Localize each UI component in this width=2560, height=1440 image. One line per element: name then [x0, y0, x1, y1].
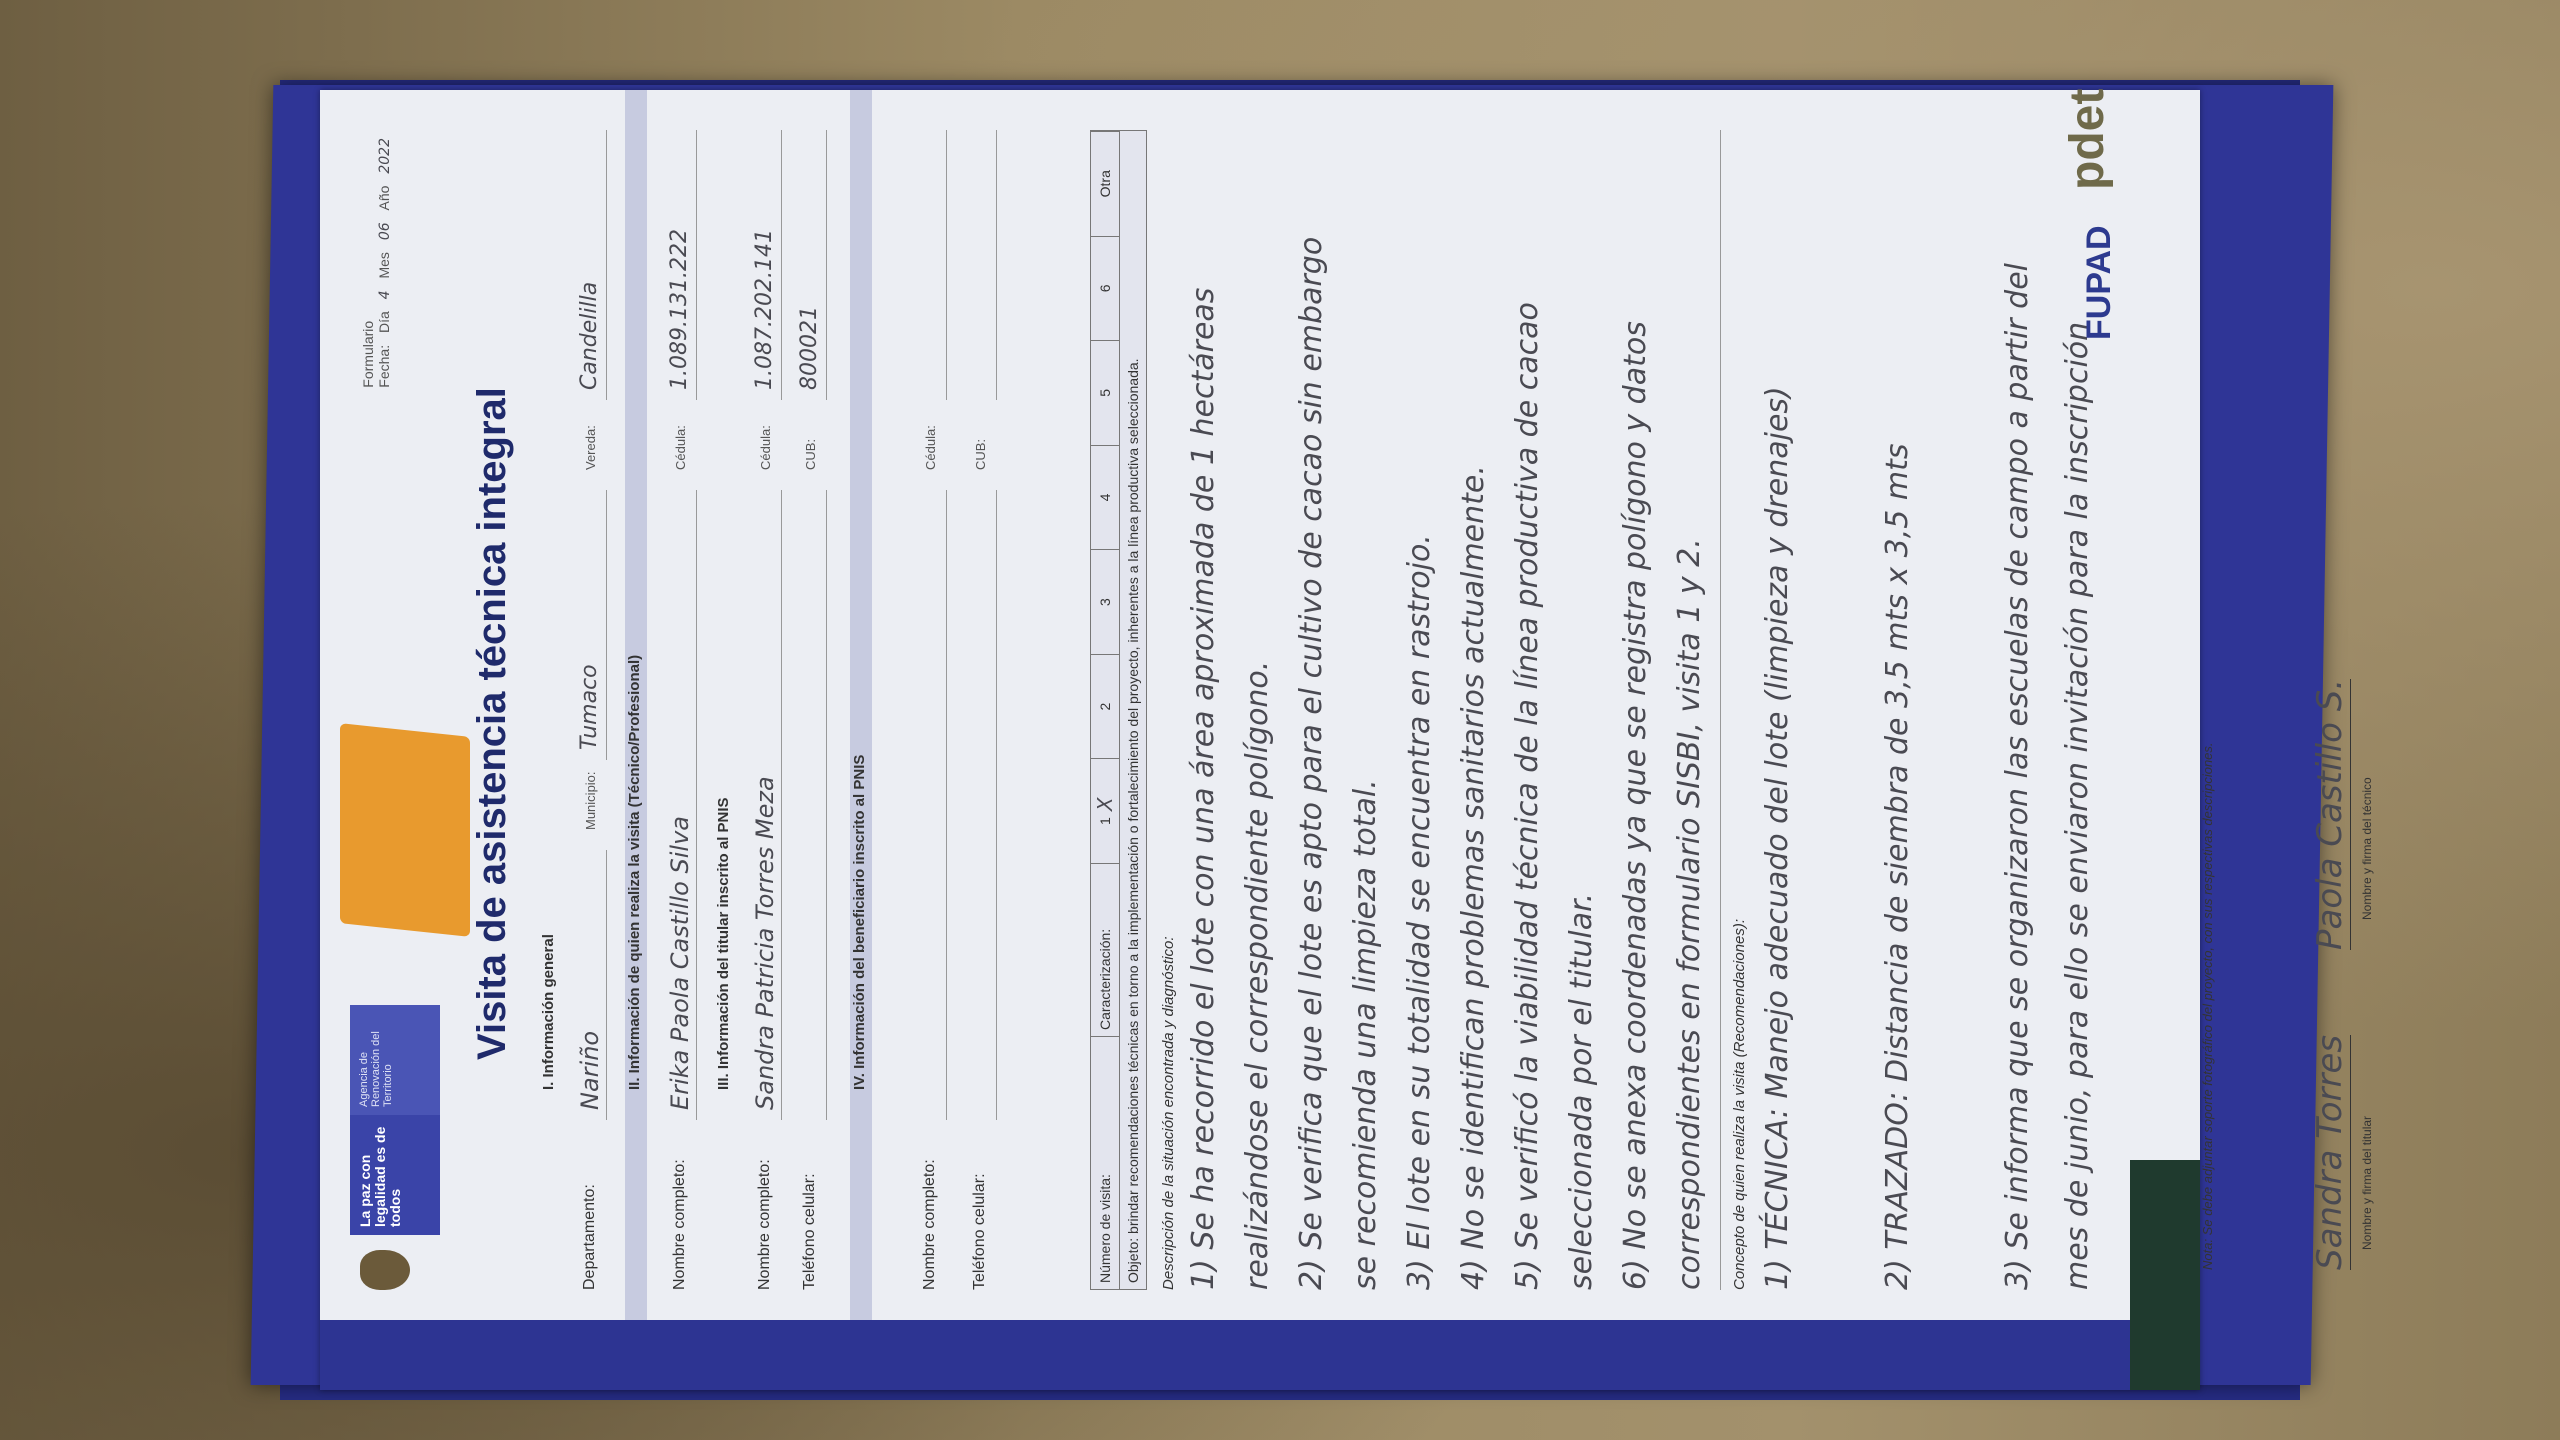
- section-general: I. Información general: [540, 934, 557, 1090]
- visitor-name-label: Nombre completo:: [671, 1120, 689, 1290]
- visit-option[interactable]: 3: [1091, 549, 1119, 654]
- row-location: Departamento: Nariño Municipio: Tumaco V…: [570, 130, 610, 1290]
- beneficiary-name-field[interactable]: [914, 490, 947, 1120]
- handwritten-line: 1) Se ha recorrido el lote con una área …: [1177, 130, 1231, 1290]
- characterization-label: Caracterización:: [1091, 863, 1119, 1036]
- row-holder-name: Nombre completo: Sandra Patricia Torres …: [745, 130, 785, 1290]
- visit-option[interactable]: 6: [1091, 236, 1119, 341]
- page-green-edge: [2130, 1160, 2200, 1390]
- description-caption: Descripción de la situación encontrada y…: [1160, 130, 1177, 1290]
- technician-signature: Paola Castillo S.: [2310, 679, 2351, 950]
- handwritten-line: 4) No se identifican problemas sanitario…: [1447, 130, 1501, 1290]
- beneficiary-name-label: Nombre completo:: [921, 1120, 939, 1290]
- check-mark-icon: X: [1093, 797, 1117, 811]
- handwritten-line: seleccionada por el titular.: [1555, 130, 1609, 1290]
- form-page: La paz con legalidad es de todos Agencia…: [320, 90, 2200, 1390]
- holder-signature: Sandra Torres: [2310, 1035, 2351, 1270]
- visit-option[interactable]: 1X: [1091, 758, 1119, 863]
- handwritten-line: [1808, 130, 1868, 1290]
- date-label: Fecha:: [376, 345, 392, 388]
- visit-options: 1X23456Otra: [1091, 131, 1119, 863]
- holder-name-label: Nombre completo:: [756, 1120, 774, 1290]
- visit-option[interactable]: 2: [1091, 654, 1119, 759]
- day-value: 4: [377, 290, 393, 299]
- slogan-badge: La paz con legalidad es de todos: [350, 1115, 440, 1235]
- section-beneficiary: IV. Información del beneficiario inscrit…: [851, 755, 868, 1090]
- handwritten-line: correspondientes en formulario SISBI, vi…: [1663, 130, 1717, 1290]
- footer-note: Nota: Se debe adjuntar soporte fotográfi…: [2200, 742, 2215, 1270]
- page-blue-edge: [320, 1320, 2200, 1390]
- technician-signature-label: Nombre y firma del técnico: [2360, 777, 2374, 920]
- visitor-name-field[interactable]: Erika Paola Castillo Silva: [664, 490, 697, 1120]
- visit-table: Número de visita: Caracterización: 1X234…: [1090, 130, 1147, 1290]
- form-title: Visita de asistencia técnica integral: [470, 387, 515, 1060]
- vereda-field[interactable]: Candelilla: [574, 130, 607, 400]
- concept-caption: Concepto de quien realiza la visita (Rec…: [1731, 130, 1748, 1290]
- month-label: Mes: [376, 252, 392, 278]
- holder-cub-label: CUB:: [803, 400, 818, 470]
- colombia-crest-icon: [360, 1250, 410, 1290]
- year-value: 2022: [377, 138, 393, 174]
- fupad-logo: FUPAD: [2080, 225, 2119, 340]
- row-beneficiary-phone: Teléfono celular: CUB:: [960, 130, 1000, 1290]
- visit-option[interactable]: 5: [1091, 340, 1119, 445]
- agency-badge: Agencia de Renovación del Territorio: [350, 1005, 440, 1115]
- holder-cub-field[interactable]: 800021: [794, 130, 827, 400]
- holder-phone-label: Teléfono celular:: [801, 1120, 819, 1290]
- handwritten-line: 3) Se informa que se organizaron las esc…: [1988, 130, 2048, 1290]
- holder-phone-field[interactable]: [794, 490, 827, 1120]
- program-logo: [340, 723, 470, 937]
- handwritten-line: 5) Se verificó la viabilidad técnica de …: [1501, 130, 1555, 1290]
- holder-id-field[interactable]: 1.087.202.141: [749, 130, 782, 400]
- handwritten-line: se recomienda una limpieza total.: [1339, 130, 1393, 1290]
- form-label: Formulario: [360, 130, 376, 388]
- handwritten-line: 6) No se anexa coordenadas ya que se reg…: [1609, 130, 1663, 1290]
- beneficiary-phone-label: Teléfono celular:: [971, 1120, 989, 1290]
- date-box: Formulario Fecha: Día 4 Mes 06 Año 2022: [360, 130, 393, 388]
- municipality-label: Municipio:: [583, 760, 598, 830]
- objective-text: Objeto: brindar recomendaciones técnicas…: [1120, 131, 1146, 1289]
- section-holder: III. Información del titular inscrito al…: [715, 797, 732, 1090]
- beneficiary-id-field[interactable]: [914, 130, 947, 400]
- row-beneficiary-name: Nombre completo: Cédula:: [910, 130, 950, 1290]
- row-holder-phone: Teléfono celular: CUB: 800021: [790, 130, 830, 1290]
- day-label: Día: [376, 311, 392, 333]
- beneficiary-cub-field[interactable]: [964, 130, 997, 400]
- section-visitor: II. Información de quien realiza la visi…: [626, 655, 643, 1090]
- beneficiary-id-label: Cédula:: [923, 400, 938, 470]
- department-field[interactable]: Nariño: [574, 850, 607, 1120]
- visit-option[interactable]: 4: [1091, 445, 1119, 550]
- concept-section: Concepto de quien realiza la visita (Rec…: [1720, 130, 2108, 1290]
- holder-name-field[interactable]: Sandra Patricia Torres Meza: [749, 490, 782, 1120]
- handwritten-line: [1928, 130, 1988, 1290]
- row-visitor: Nombre completo: Erika Paola Castillo Si…: [660, 130, 700, 1290]
- handwritten-line: 3) El lote en su totalidad se encuentra …: [1393, 130, 1447, 1290]
- visitor-id-field[interactable]: 1.089.131.222: [664, 130, 697, 400]
- department-label: Departamento:: [581, 1120, 599, 1290]
- description-section: Descripción de la situación encontrada y…: [1160, 130, 1717, 1290]
- year-label: Año: [376, 186, 392, 211]
- holder-id-label: Cédula:: [758, 400, 773, 470]
- handwritten-line: realizándose el correspondiente polígono…: [1231, 130, 1285, 1290]
- pdet-logo: pdet: [2060, 89, 2115, 190]
- beneficiary-phone-field[interactable]: [964, 490, 997, 1120]
- holder-signature-label: Nombre y firma del titular: [2360, 1116, 2374, 1250]
- handwritten-line: 2) TRAZADO: Distancia de siembra de 3,5 …: [1868, 130, 1928, 1290]
- form-header: La paz con legalidad es de todos Agencia…: [320, 90, 530, 1320]
- handwritten-line: 2) Se verifica que el lote es apto para …: [1285, 130, 1339, 1290]
- visit-option[interactable]: Otra: [1091, 131, 1119, 236]
- beneficiary-cub-label: CUB:: [973, 400, 988, 470]
- month-value: 06: [377, 222, 393, 240]
- municipality-field[interactable]: Tumaco: [574, 490, 607, 760]
- section-band: [850, 90, 872, 1320]
- visit-number-label: Número de visita:: [1091, 1036, 1119, 1289]
- visitor-id-label: Cédula:: [673, 400, 688, 470]
- vereda-label: Vereda:: [583, 400, 598, 470]
- handwritten-line: 1) TÉCNICA: Manejo adecuado del lote (li…: [1748, 130, 1808, 1290]
